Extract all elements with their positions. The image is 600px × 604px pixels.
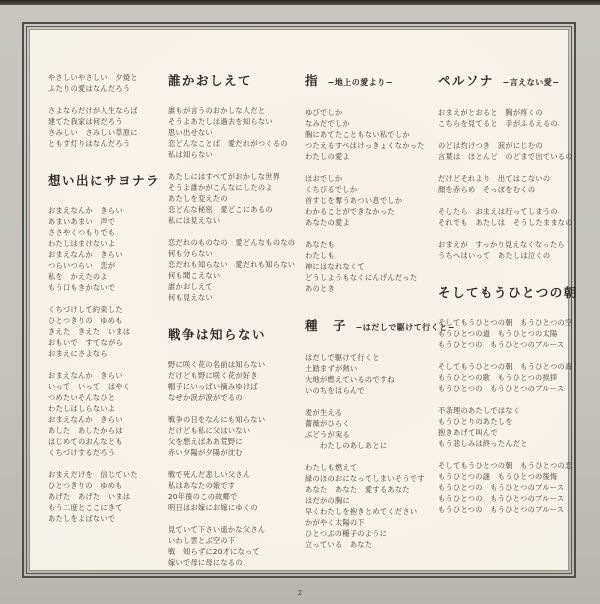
lyric-line: 恋どんな秘密 愛どこにあるの [168,204,304,215]
lyric-line: くちづけするだろう [48,447,166,458]
lyric-line: だけども野に咲く花が好き [168,370,304,381]
lyric-stanza: 戦争の日をなんにも知らないだけども私に父はいない父を想えばああ荒野に赤い夕陽が夕… [168,414,304,458]
lyric-line: 帽子にいっぱい摘みゆけば [168,381,304,392]
lyric-line: 何も聞こえない [168,270,304,281]
lyric-line: はじめてのおんなとも [48,436,166,447]
frame-middle-rule: やさしいやさしい 夕焼とふたりの愛はなんだろうさよならだけが人生ならば建てた我家… [26,26,572,574]
lyric-line: ささやくつもりでも [48,227,166,238]
lyric-line: 恋だれのものなの 愛どんなものなの [168,237,304,248]
lyric-line: 赤い夕陽が夕陽が沈む [168,447,304,458]
lyric-line: わかることができなかった [305,206,437,217]
lyric-line: 首すじを奪うあつい息でしか [305,195,437,206]
lyric-line: はだかの胸に [305,495,437,506]
lyric-stanza: そしてもうひとつの朝 もうひとつの恋もうひとつの謎 もうひとつの後悔もうひとつの… [438,460,568,515]
lyric-stanza: わたしも燃えて緑のほのおになってしまいそうですあなた あなた 愛するあなたはだか… [305,462,437,550]
lyric-line: おまえだけを 信じていた [48,469,166,480]
lyric-stanza: 野に咲く花の名前は知らないだけども野に咲く花が好き帽子にいっぱい摘みゆけばなぜか… [168,359,304,403]
lyric-sheet-frame: やさしいやさしい 夕焼とふたりの愛はなんだろうさよならだけが人生ならば建てた我家… [22,22,576,578]
lyric-line: もうひとりのあたしを [438,416,568,427]
lyrics-column-2: 誰かおしえて誰もが言うのおかしな人だとそうよあたしは過去を知らない思い出せない恋… [168,72,304,579]
lyric-line: 神にはなれなくて [305,261,437,272]
song-title: そしてもうひとつの朝 [438,286,568,300]
lyric-line: 父を想えばああ荒野に [168,436,304,447]
lyric-line: もうひとつの歌 もうひとつの挨拶 [438,372,568,383]
lyric-line: 土踏まずが熱い [305,363,437,374]
lyric-line: おまえなんか きらい [48,249,166,260]
lyric-line: 嫁いで母に母になるの [168,557,304,568]
lyric-line: やさしいやさしい 夕焼と [48,72,166,83]
lyric-stanza: そしてもうひとつの朝 もうひとつの空もうひとつの道 もうひとつの太陽もうひとつの… [438,317,568,350]
lyric-line: いのちをはらんで [305,385,437,396]
lyric-line: なぜか涙が涙がでるの [168,392,304,403]
song-subtitle: −地上の愛より− [319,78,393,87]
lyric-line: もうひとつの もうひとつのブルース [438,339,568,350]
lyric-line: そうよ誰かがこんなにしたのよ [168,182,304,193]
lyric-line: こちらを見てると 手がふるえるの [438,118,568,129]
lyric-line: あまいあまい 声で [48,216,166,227]
lyric-line: のどは灼けつき 涙がにじむの [438,140,568,151]
lyric-line: そうよあたしは過去を知らない [168,116,304,127]
lyric-stanza: 麦が生える薔薇がひらくぶどうが実る わたしのあしあとに [305,407,437,451]
lyric-line: さよならだけが人生ならば [48,105,166,116]
page-number: 2 [0,589,600,597]
lyric-stanza: 恋だれのものなの 愛どんなものなの何も分らない恋だれも知らない 愛だれも知らない… [168,237,304,303]
lyric-line: 見ていて下さい遥かな父さん [168,524,304,535]
lyric-line: 思い出せない [168,127,304,138]
lyric-stanza: あなたもわたしも神にはなれなくてどうしようもなくにんげんだったあのとき [305,239,437,294]
lyric-stanza: おまえなんか きらいあまいあまい 声でささやくつもりでもわたしはまけないよおまえ… [48,205,166,293]
lyric-line: ゆびでしか [305,107,437,118]
lyric-stanza: やさしいやさしい 夕焼とふたりの愛はなんだろう [48,72,166,94]
lyric-line: 何も分らない [168,248,304,259]
lyric-line: 大地が燃えているのですね [305,374,437,385]
lyric-line: おまえなんか きらい [48,205,166,216]
lyric-stanza: ゆびでしかなみだでしか胸にあてたこともない私でしかつたえるすべはけっきょくなかっ… [305,107,437,162]
lyric-stanza: おまえがとおると 胸が疼くのこちらを見てると 手がふるえるの [438,107,568,129]
lyric-stanza: おまえなんか きらいいって いって はやくつめたいそんなひとわたしはしらないよお… [48,370,166,458]
lyric-line: 誰かおしえて [168,281,304,292]
lyric-line: わたしの愛よ [305,151,437,162]
lyric-line: つらいつらい 恋が [48,260,166,271]
lyric-line: だけども私に父はいない [168,425,304,436]
song-title: 戦争は知らない [168,328,304,342]
lyric-line: もうひとつの道 もうひとつの太陽 [438,328,568,339]
lyric-line: 緑のほのおになってしまいそうです [305,473,437,484]
lyric-line: もう口もきかないで [48,282,166,293]
lyric-stanza: だけどそれより 出てはこないの顔を赤らめ そっぽをむくの [438,173,568,195]
song-subtitle: −言えない愛− [494,78,559,87]
lyric-line: ぶどうが実る [305,429,437,440]
lyric-line: そしてもうひとつの朝 もうひとつの恋 [438,460,568,471]
lyric-stanza: そしてもうひとつの朝 もうひとつの海もうひとつの歌 もうひとつの挨拶もうひとつの… [438,361,568,394]
lyric-line: もうひとつの もうひとつのブルース [438,493,568,504]
song-title: 誰かおしえて [168,74,304,88]
lyric-line: 胸にあてたこともない私でしか [305,129,437,140]
lyric-line: 戦で死んだ悲しい父さん [168,469,304,480]
lyric-line: はだしで駆けて行くと [305,352,437,363]
lyric-line: おまえなんか きらい [48,370,166,381]
lyric-stanza: 誰もが言うのおかしな人だとそうよあたしは過去を知らない思い出せない恋どんなことば… [168,105,304,160]
lyric-line: 私を かえたのよ [48,271,166,282]
lyric-line: あなた あなた 愛するあなた [305,484,437,495]
song-title: ペルソナ −言えない愛− [438,74,568,90]
lyric-stanza: おまえが すっかり見えなくなったらうちへはいって あたしは泣くの [438,239,568,261]
lyric-line: わたしはまけないよ [48,238,166,249]
lyrics-column-4: ペルソナ −言えない愛−おまえがとおると 胸が疼くのこちらを見てると 手がふるえ… [438,72,568,526]
lyric-line: もうひとつの もうひとつのブルース [438,482,568,493]
lyric-stanza: あたしにはすべてがおかしな世界そうよ誰かがこんなにしたのよあたしを変えたの恋どん… [168,171,304,226]
lyric-line: あたしをよばないで [48,513,166,524]
lyric-line: 野に咲く花の名前は知らない [168,359,304,370]
lyric-line: いって いって はやく [48,381,166,392]
lyric-line: 立っている あなた [305,539,437,550]
lyric-line: ほおでしか [305,173,437,184]
lyric-line: 明日はお嫁にお嫁にゆくの [168,502,304,513]
lyric-line: 戦争の日をなんにも知らない [168,414,304,425]
lyric-line: わたしはしらないよ [48,403,166,414]
lyric-line: どうしようもなくにんげんだった [305,272,437,283]
lyric-stanza: くちづけして約束したひとつきりの ゆめもきえた きえた いまはおもいで すてなが… [48,304,166,359]
lyric-line: つたえるすべはけっきょくなかった [305,140,437,151]
lyric-line: 不条理のあたしではなく [438,405,568,416]
lyric-line: 私は知らない [168,149,304,160]
lyric-stanza: ほおでしかくちびるでしか首すじを奪うあつい息でしかわかることができなかったあなた… [305,173,437,228]
lyric-line: 薔薇がひらく [305,418,437,429]
lyric-stanza: のどは灼けつき 涙がにじむの言葉は ほとんど のどまで出ているの [438,140,568,162]
lyric-line: 20年後のこの故郷で [168,491,304,502]
lyric-stanza: 見ていて下さい遥かな父さんいわし雲とぶ空の下戦 知らずに20才になって嫁いで母に… [168,524,304,568]
lyric-stanza: 不条理のあたしではなくもうひとりのあたしを抱きあげて叫んでもう悲しみは終ったんだ… [438,405,568,449]
lyric-line: ひとつきりの ゆめも [48,315,166,326]
lyric-line: あたしを変えたの [168,193,304,204]
lyric-line: 恋どんなことば 愛だれがつくるの [168,138,304,149]
lyric-line: あなたの愛よ [305,217,437,228]
lyric-line: 私はあなたの娘です [168,480,304,491]
lyric-line: もうひとつの もうひとつのブルース [438,504,568,515]
scan-top-edge [0,0,600,5]
song-title: 種 子 −はだしで駆けて行くと− [305,319,437,335]
lyric-line: おまえにさよなら [48,348,166,359]
lyric-line: おまえがとおると 胸が疼くの [438,107,568,118]
lyric-line: いわし雲とぶ空の下 [168,535,304,546]
lyric-line: 誰もが言うのおかしな人だと [168,105,304,116]
lyric-line: さみしい さみしい草原に [48,127,166,138]
lyric-line: きえた きえた いまは [48,326,166,337]
lyric-line: おまえなんか きらい [48,414,166,425]
lyric-line: ひとつぶの種子のように [305,528,437,539]
lyric-line: 何も見えない [168,292,304,303]
lyric-line: 顔を赤らめ そっぽをむくの [438,184,568,195]
lyric-line: 私には見えない [168,215,304,226]
lyric-stanza: はだしで駆けて行くと土踏まずが熱い大地が燃えているのですねいのちをはらんで [305,352,437,396]
lyric-line: 言葉は ほとんど のどまで出ているの [438,151,568,162]
lyric-line: そしたら おまえは行ってしまうの [438,206,568,217]
lyric-line: 建てた我家は何だろう [48,116,166,127]
lyric-stanza: おまえだけを 信じていたひとつきりの ゆめもあげた あげた いまはもう二度とここ… [48,469,166,524]
lyric-line: うちへはいって あたしは泣くの [438,250,568,261]
lyric-line: わたしのあしあとに [305,440,437,451]
lyrics-column-1: やさしいやさしい 夕焼とふたりの愛はなんだろうさよならだけが人生ならば建てた我家… [48,72,166,535]
lyric-line: あげた あげた いまは [48,491,166,502]
lyric-line: だけどそれより 出てはこないの [438,173,568,184]
lyric-line: 恋だれも知らない 愛だれも知らない [168,259,304,270]
lyric-line: わたしも [305,250,437,261]
lyric-line: あした あしたからは [48,425,166,436]
lyric-sheet-paper: やさしいやさしい 夕焼とふたりの愛はなんだろうさよならだけが人生ならば建てた我家… [29,29,569,571]
lyric-line: おまえが すっかり見えなくなったら [438,239,568,250]
lyric-line: 早くわたしを抱きとめてください [305,506,437,517]
lyric-line: もう二度とここにきて [48,502,166,513]
lyric-line: それでも あたしは そうしたままなの [438,217,568,228]
lyric-line: かがやく太陽の下 [305,517,437,528]
lyric-stanza: 戦で死んだ悲しい父さん私はあなたの娘です20年後のこの故郷で明日はお嫁にお嫁にゆ… [168,469,304,513]
lyric-line: ひとつきりの ゆめも [48,480,166,491]
lyric-line: 麦が生える [305,407,437,418]
lyric-line: おもいで すてながら [48,337,166,348]
lyric-line: なみだでしか [305,118,437,129]
song-title: 指 −地上の愛より− [305,74,437,90]
lyric-line: 戦 知らずに20才になって [168,546,304,557]
lyric-line: あなたも [305,239,437,250]
lyric-line: ふたりの愛はなんだろう [48,83,166,94]
lyric-stanza: そしたら おまえは行ってしまうのそれでも あたしは そうしたままなの [438,206,568,228]
lyric-line: あたしにはすべてがおかしな世界 [168,171,304,182]
lyric-line: もうひとつの もうひとつのブルース [438,383,568,394]
lyric-line: つめたいそんなひと [48,392,166,403]
lyric-line: もう悲しみは終ったんだと [438,438,568,449]
song-title: 想い出にサヨナラ [48,174,166,188]
lyric-stanza: さよならだけが人生ならば建てた我家は何だろうさみしい さみしい草原にともす灯りは… [48,105,166,149]
lyric-line: そしてもうひとつの朝 もうひとつの海 [438,361,568,372]
lyric-line: ともす灯りはなんだろう [48,138,166,149]
lyric-line: あのとき [305,283,437,294]
lyric-line: そしてもうひとつの朝 もうひとつの空 [438,317,568,328]
lyric-line: もうひとつの謎 もうひとつの後悔 [438,471,568,482]
lyric-line: 抱きあげて叫んで [438,427,568,438]
lyric-line: くちづけして約束した [48,304,166,315]
lyric-line: わたしも燃えて [305,462,437,473]
lyric-line: くちびるでしか [305,184,437,195]
lyrics-column-3: 指 −地上の愛より−ゆびでしかなみだでしか胸にあてたこともない私でしかつたえるす… [305,72,437,561]
